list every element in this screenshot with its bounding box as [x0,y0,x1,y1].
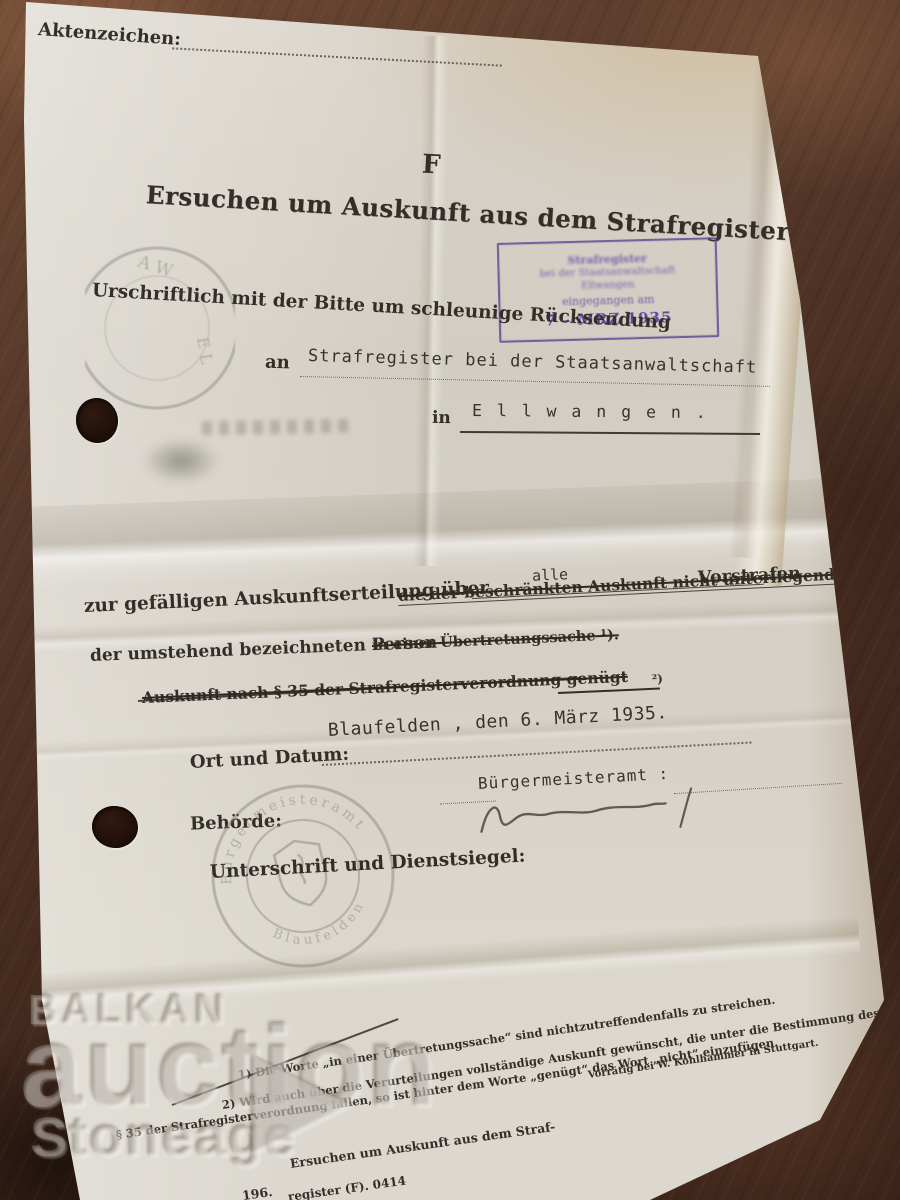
aktenzeichen-label: Aktenzeichen: [37,19,181,50]
auskunft-footnote-ref: ²) [652,672,664,686]
in-label: in [432,408,451,428]
form-number: 196. [241,1184,273,1200]
faint-emboss-marks [202,419,352,436]
document-title: Ersuchen um Auskunft aus dem Strafregist… [145,180,790,246]
photo-of-document: Aktenzeichen: F Ersuchen um Auskunft aus… [0,0,900,1200]
form-letter: F [421,150,441,181]
auskunft-strike-extension [558,688,660,694]
form-caption-line2: register (F). 0414 [287,1174,407,1200]
ort-datum-typed-value: Blaufelden , den 6. März 1935. [327,702,668,741]
postmark-letters-top: A W [135,251,176,281]
aktenzeichen-dotted-line [172,47,502,66]
an-dotted-line [300,376,770,387]
an-typed-value: Strafregister bei der Staatsanwaltschaft [308,346,758,378]
request-struck-text: die der beschränkten Auskunft nicht unte… [398,564,857,606]
person-struck-text: in einer Übertretungssache ¹). [372,626,620,654]
watermark-play-icon: ▶ [252,1018,352,1170]
postmark-ink-smudge [142,438,220,484]
punch-hole-bottom [89,803,140,851]
postmark-seal: A W E L [85,230,235,430]
in-typed-value: E l l w a n g e n . [472,401,708,422]
ort-datum-dotted-line [322,741,752,766]
in-underline [460,431,760,435]
handwritten-signature [474,782,706,850]
an-label: an [265,352,290,374]
receipt-stamp-line4: eingegangen am [562,292,655,307]
receipt-stamp-office-lines: Strafregister bei der Staatsanwaltschaft… [539,251,676,294]
